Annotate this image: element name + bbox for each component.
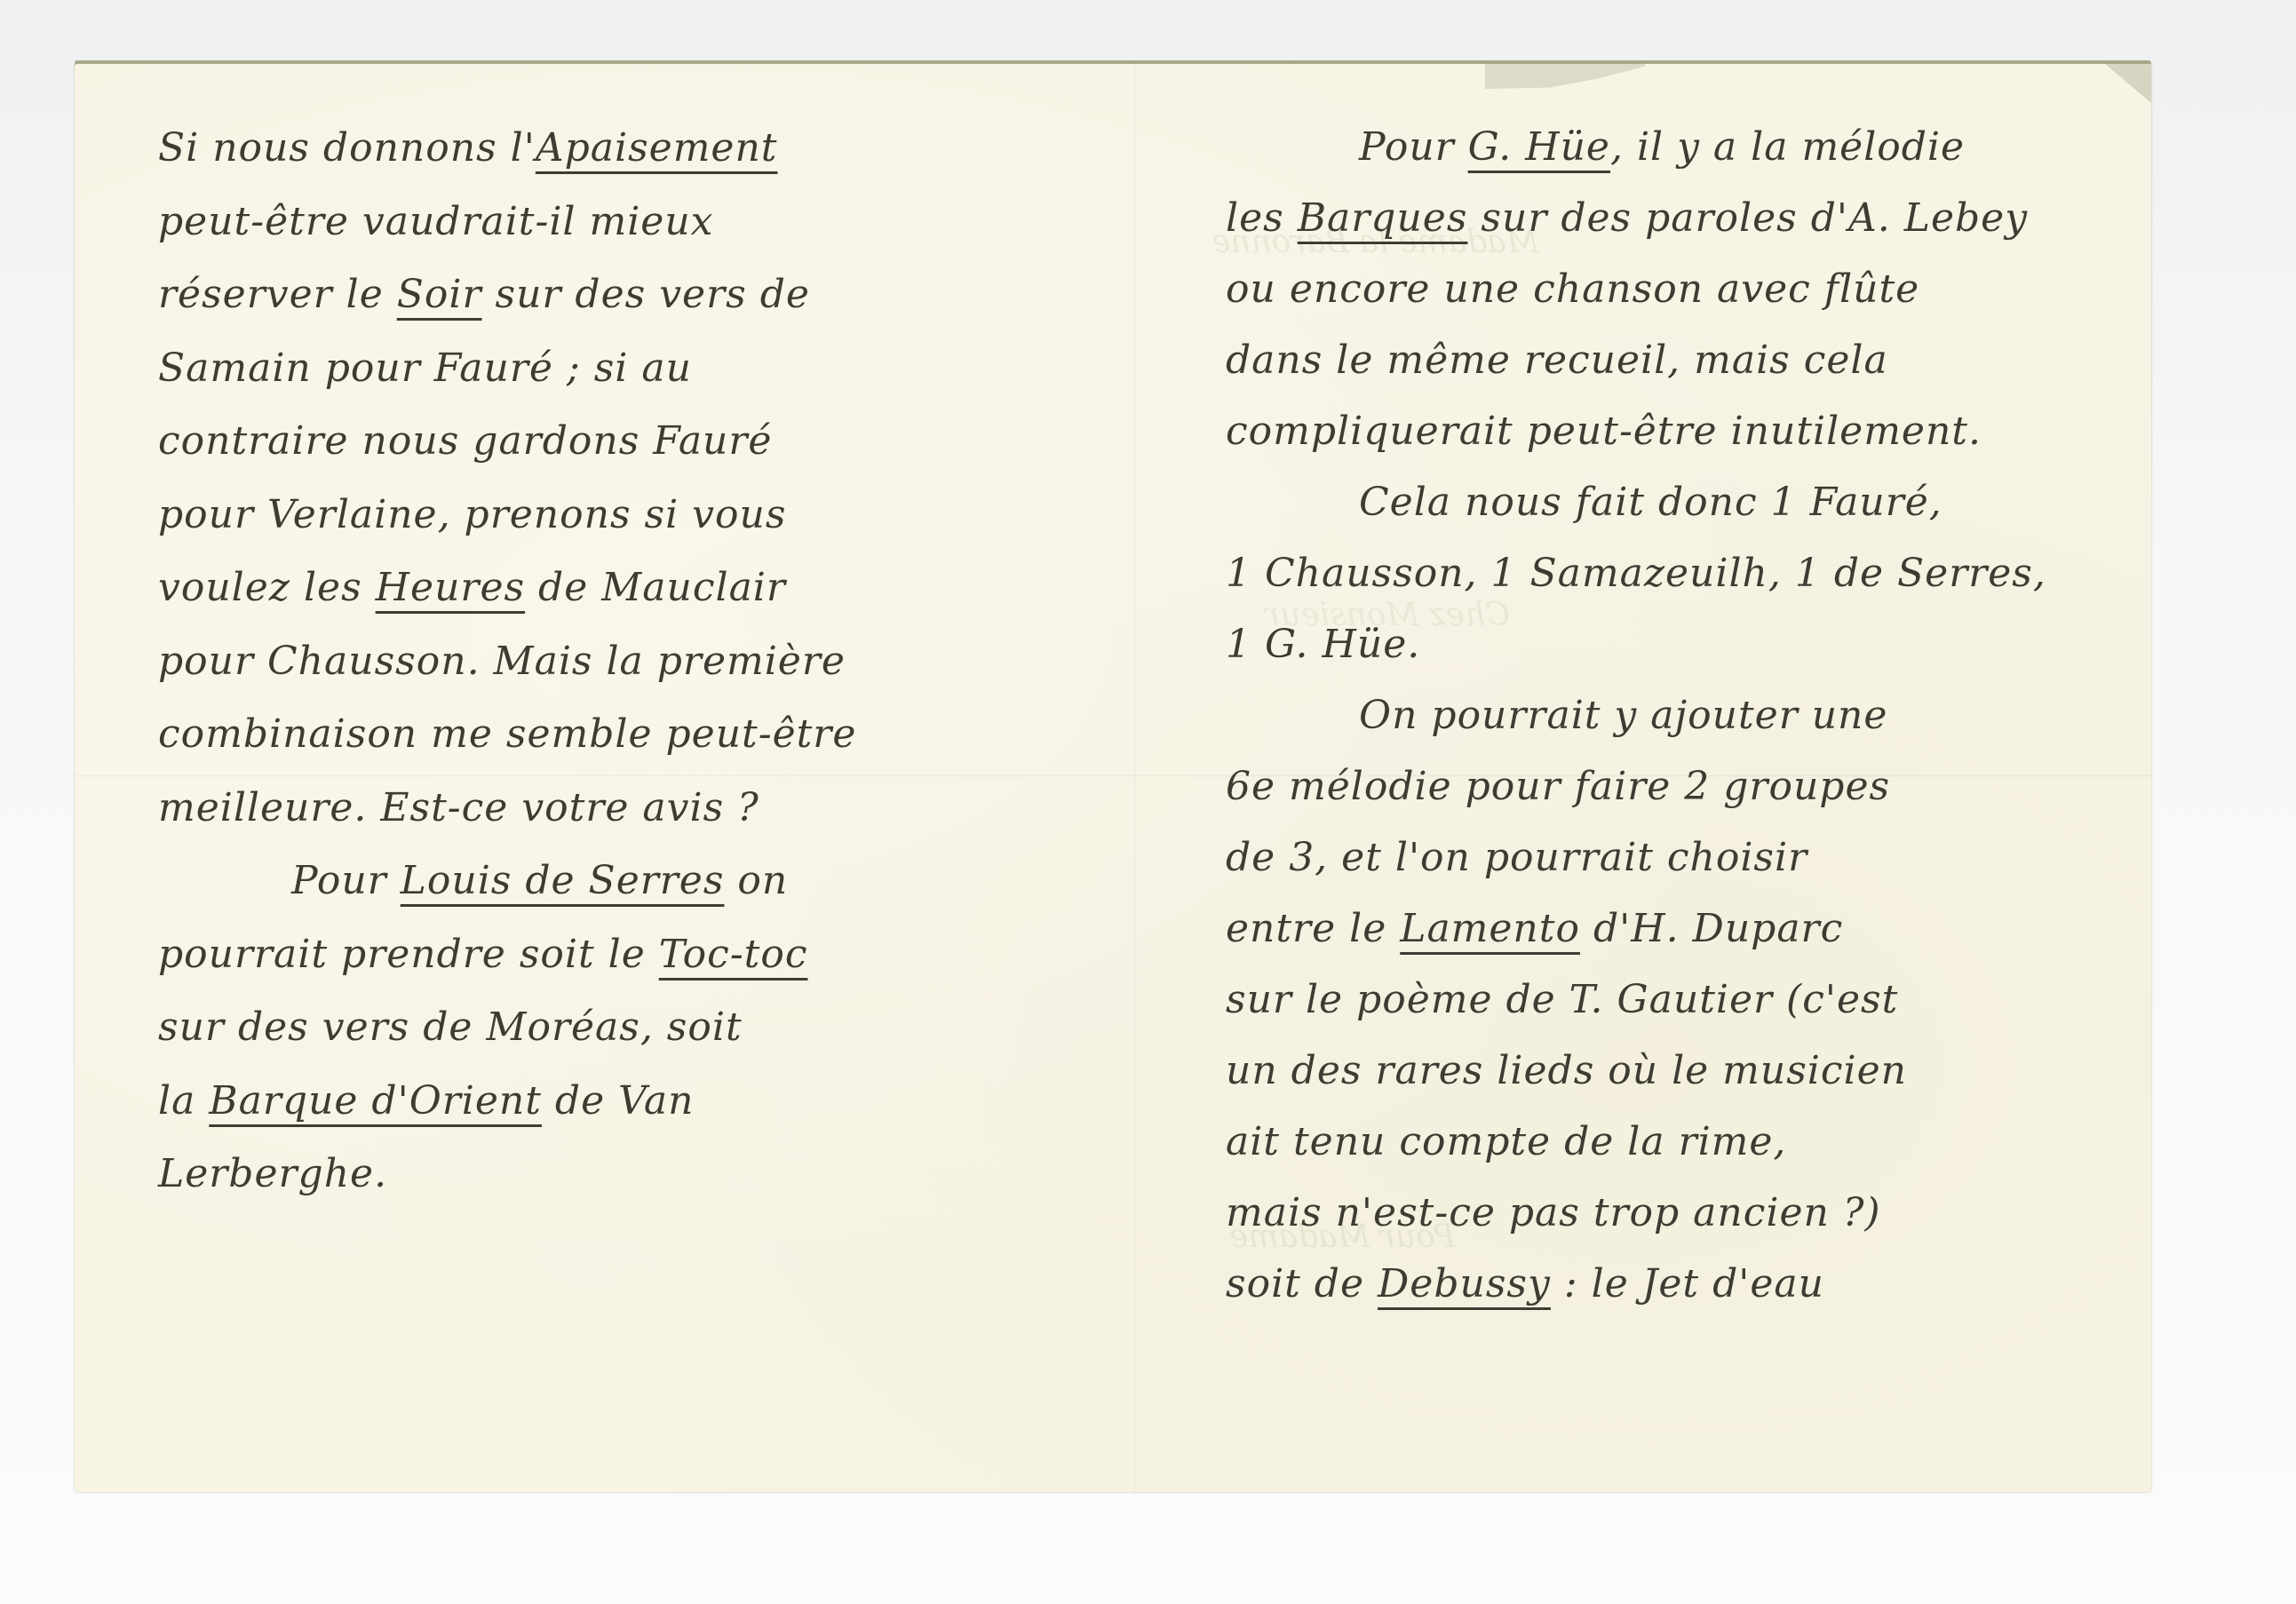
- text-fragment: de Mauclair: [525, 565, 786, 610]
- handwritten-line: un des rares lieds où le musicien: [1226, 1036, 2123, 1107]
- text-fragment: 1 Chausson, 1 Samazeuilh, 1 de Serres,: [1226, 551, 2046, 596]
- text-fragment: sur des vers de: [482, 272, 810, 317]
- handwritten-line: compliquerait peut-être inutilement.: [1226, 396, 2123, 467]
- handwritten-line: 6e mélodie pour faire 2 groupes: [1226, 751, 2123, 822]
- left-page-text: Si nous donnons l'Apaisementpeut-être va…: [158, 112, 1046, 1211]
- handwritten-line: entre le Lamento d'H. Duparc: [1226, 893, 2123, 965]
- handwritten-line: les Barques sur des paroles d'A. Lebey: [1226, 183, 2123, 254]
- handwritten-line: 1 G. Hüe.: [1226, 609, 2123, 680]
- text-fragment: Lerberghe.: [158, 1151, 387, 1196]
- text-fragment: compliquerait peut-être inutilement.: [1226, 409, 1982, 454]
- text-fragment: Samain pour Fauré ; si au: [158, 345, 692, 391]
- text-fragment: sur des paroles d'A. Lebey: [1467, 195, 2028, 241]
- underlined-title: Apaisement: [536, 125, 778, 171]
- text-fragment: On pourrait y ajouter une: [1359, 693, 1887, 738]
- handwritten-line: réserver le Soir sur des vers de: [158, 258, 1046, 332]
- handwritten-line: pour Chausson. Mais la première: [158, 625, 1046, 699]
- text-fragment: peut-être vaudrait-il mieux: [158, 199, 713, 244]
- folded-corner: [2105, 64, 2151, 103]
- handwritten-line: la Barque d'Orient de Van: [158, 1065, 1046, 1139]
- underlined-title: G. Hüe: [1468, 124, 1610, 170]
- underlined-title: Heures: [376, 565, 525, 610]
- text-fragment: Pour: [1359, 124, 1468, 170]
- handwritten-line: de 3, et l'on pourrait choisir: [1226, 822, 2123, 893]
- text-fragment: la: [158, 1078, 209, 1124]
- text-fragment: contraire nous gardons Fauré: [158, 418, 772, 464]
- text-fragment: on: [724, 858, 788, 903]
- handwritten-line: meilleure. Est-ce votre avis ?: [158, 772, 1046, 846]
- handwritten-line: pourrait prendre soit le Toc-toc: [158, 918, 1046, 992]
- text-fragment: ou encore une chanson avec flûte: [1226, 266, 1919, 312]
- torn-top-edge: [1485, 64, 1645, 89]
- text-fragment: : le Jet d'eau: [1551, 1261, 1824, 1306]
- text-fragment: combinaison me semble peut-être: [158, 711, 856, 757]
- handwritten-line: ait tenu compte de la rime,: [1226, 1107, 2123, 1178]
- handwritten-line: Si nous donnons l'Apaisement: [158, 112, 1046, 186]
- text-fragment: Pour: [291, 858, 401, 903]
- handwritten-line: combinaison me semble peut-être: [158, 698, 1046, 772]
- text-fragment: d'H. Duparc: [1580, 906, 1843, 951]
- handwritten-line: mais n'est-ce pas trop ancien ?): [1226, 1178, 2123, 1249]
- text-fragment: , il y a la mélodie: [1610, 124, 1965, 170]
- text-fragment: pour Verlaine, prenons si vous: [158, 492, 786, 537]
- handwritten-line: Cela nous fait donc 1 Fauré,: [1226, 467, 2123, 538]
- text-fragment: 1 G. Hüe.: [1226, 622, 1420, 667]
- center-fold-line: [1133, 64, 1136, 1492]
- text-fragment: 6e mélodie pour faire 2 groupes: [1226, 764, 1890, 809]
- handwritten-line: 1 Chausson, 1 Samazeuilh, 1 de Serres,: [1226, 538, 2123, 609]
- underlined-title: Toc-toc: [659, 932, 808, 977]
- text-fragment: pourrait prendre soit le: [158, 932, 659, 977]
- right-page-text: Pour G. Hüe, il y a la mélodieles Barque…: [1226, 112, 2123, 1320]
- text-fragment: ait tenu compte de la rime,: [1226, 1119, 1786, 1164]
- text-fragment: sur le poème de T. Gautier (c'est: [1226, 977, 1898, 1022]
- handwritten-line: Samain pour Fauré ; si au: [158, 332, 1046, 406]
- handwritten-line: dans le même recueil, mais cela: [1226, 325, 2123, 396]
- text-fragment: dans le même recueil, mais cela: [1226, 337, 1888, 383]
- handwritten-line: sur le poème de T. Gautier (c'est: [1226, 965, 2123, 1036]
- handwritten-line: ou encore une chanson avec flûte: [1226, 254, 2123, 325]
- handwritten-line: Pour Louis de Serres on: [158, 845, 1046, 918]
- text-fragment: Cela nous fait donc 1 Fauré,: [1359, 480, 1942, 525]
- handwritten-line: Lerberghe.: [158, 1138, 1046, 1211]
- text-fragment: entre le: [1226, 906, 1400, 951]
- underlined-title: Lamento: [1400, 906, 1580, 951]
- text-fragment: Si nous donnons l': [158, 125, 536, 171]
- underlined-title: Debussy: [1378, 1261, 1551, 1306]
- underlined-title: Soir: [397, 272, 482, 317]
- text-fragment: un des rares lieds où le musicien: [1226, 1048, 1907, 1093]
- text-fragment: meilleure. Est-ce votre avis ?: [158, 785, 759, 830]
- underlined-title: Barques: [1298, 195, 1468, 241]
- text-fragment: de Van: [542, 1078, 694, 1124]
- text-fragment: soit de: [1226, 1261, 1378, 1306]
- text-fragment: mais n'est-ce pas trop ancien ?): [1226, 1190, 1881, 1235]
- handwritten-line: pour Verlaine, prenons si vous: [158, 479, 1046, 552]
- text-fragment: réserver le: [158, 272, 397, 317]
- underlined-title: Louis de Serres: [401, 858, 725, 903]
- handwritten-line: On pourrait y ajouter une: [1226, 680, 2123, 751]
- handwritten-line: voulez les Heures de Mauclair: [158, 552, 1046, 625]
- text-fragment: les: [1226, 195, 1298, 241]
- text-fragment: de 3, et l'on pourrait choisir: [1226, 835, 1807, 880]
- text-fragment: pour Chausson. Mais la première: [158, 639, 846, 684]
- handwritten-line: soit de Debussy : le Jet d'eau: [1226, 1249, 2123, 1320]
- text-fragment: sur des vers de Moréas, soit: [158, 1004, 743, 1050]
- handwritten-line: contraire nous gardons Fauré: [158, 405, 1046, 479]
- handwritten-line: sur des vers de Moréas, soit: [158, 991, 1046, 1065]
- text-fragment: voulez les: [158, 565, 376, 610]
- handwritten-line: Pour G. Hüe, il y a la mélodie: [1226, 112, 2123, 183]
- underlined-title: Barque d'Orient: [209, 1078, 542, 1124]
- handwritten-line: peut-être vaudrait-il mieux: [158, 186, 1046, 259]
